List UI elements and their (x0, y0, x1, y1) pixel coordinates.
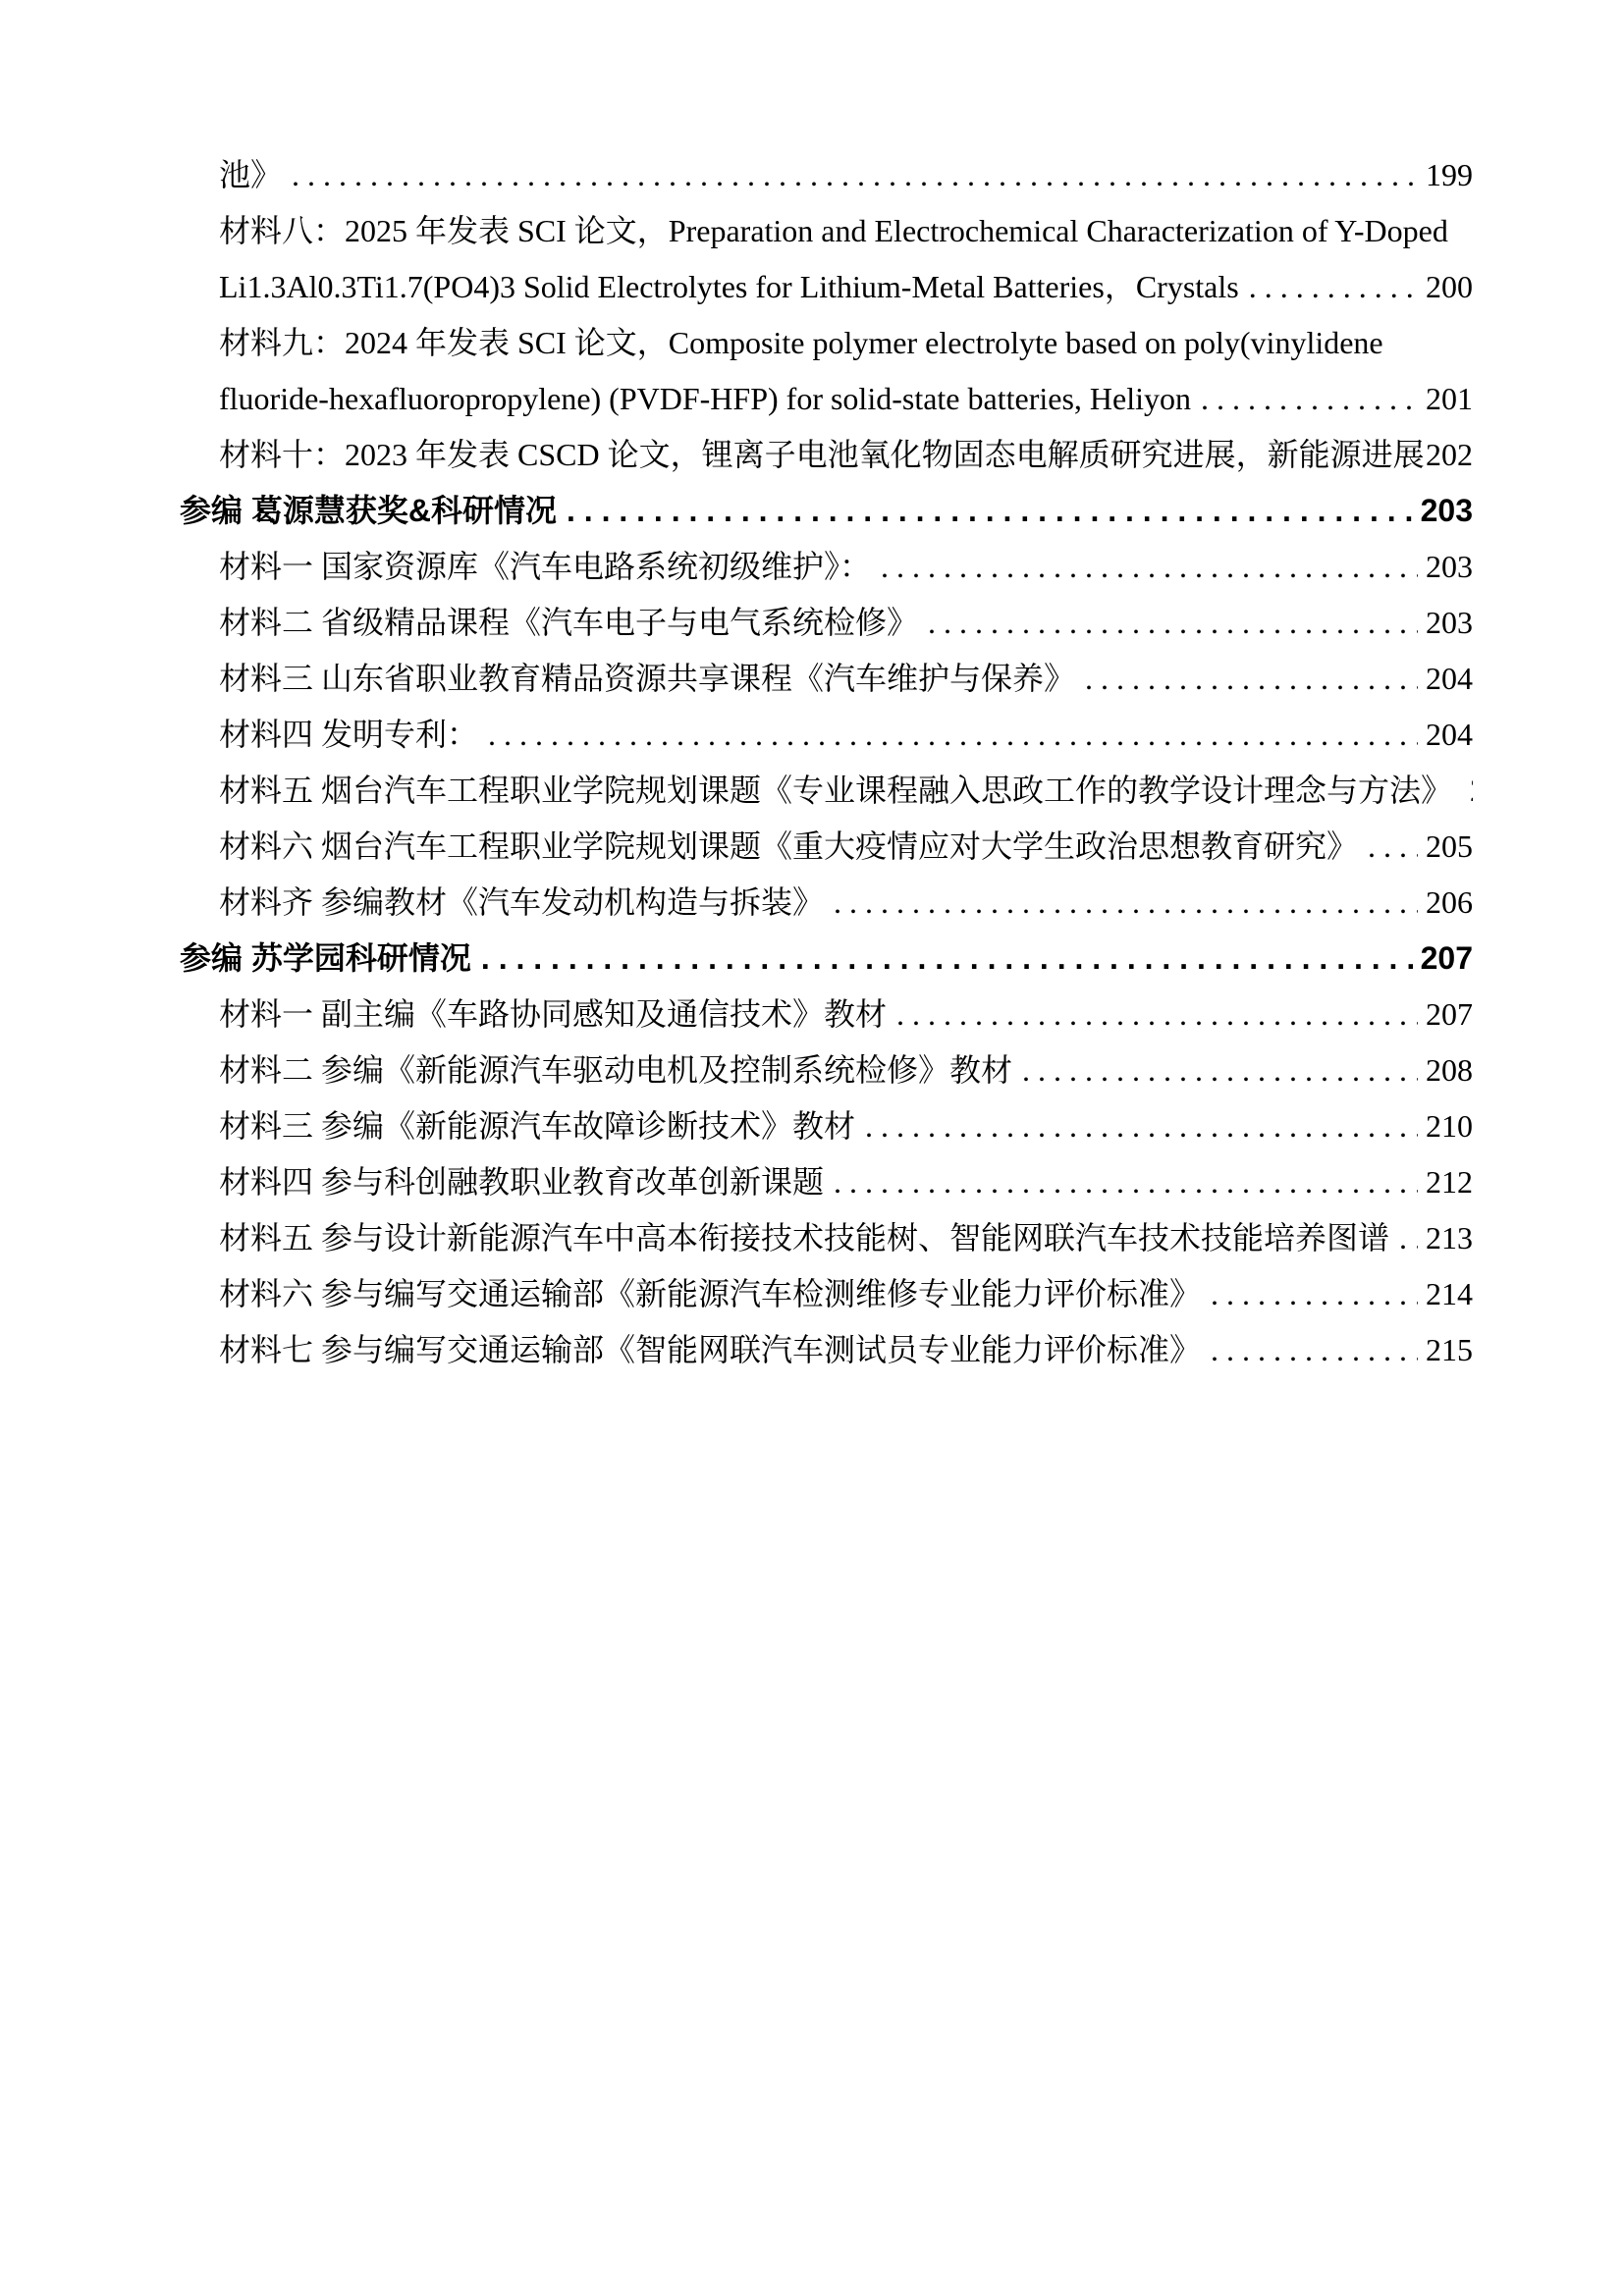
toc-dot-leader (292, 147, 1418, 203)
toc-entry-text: 材料三 山东省职业教育精品资源共享课程《汽车维护与保养》 (219, 651, 1075, 707)
toc-dot-leader (896, 987, 1418, 1042)
toc-entry: 材料十：2023 年发表 CSCD 论文，锂离子电池氧化物固态电解质研究进展，新… (180, 427, 1473, 483)
toc-dot-leader (1211, 1322, 1418, 1378)
toc-dot-leader (1211, 1266, 1418, 1322)
toc-entry-text: 材料九：2024 年发表 SCI 论文，Composite polymer el… (219, 315, 1473, 371)
toc-entry: 材料九：2024 年发表 SCI 论文，Composite polymer el… (180, 315, 1473, 371)
toc-dot-leader (834, 875, 1418, 931)
toc-entry: 材料四 发明专利： 204 (180, 707, 1473, 763)
toc-page-number: 203 (1426, 539, 1473, 595)
toc-dot-leader (1085, 651, 1418, 707)
toc-entry: 材料七 参与编写交通运输部《智能网联汽车测试员专业能力评价标准》 215 (180, 1322, 1473, 1378)
toc-page-number: 208 (1426, 1042, 1473, 1098)
toc-page-number: 207 (1421, 931, 1473, 987)
toc-entry: 材料六 烟台汽车工程职业学院规划课题《重大疫情应对大学生政治思想教育研究》 20… (180, 819, 1473, 875)
document-page: 池》 199 材料八：2025 年发表 SCI 论文，Preparation a… (0, 0, 1624, 2296)
toc-entry: 材料二 省级精品课程《汽车电子与电气系统检修》 203 (180, 595, 1473, 651)
toc-entry: 材料八：2025 年发表 SCI 论文，Preparation and Elec… (180, 203, 1473, 259)
toc-entry-text: 材料五 烟台汽车工程职业学院规划课题《专业课程融入思政工作的教学设计理念与方法》 (219, 763, 1452, 819)
toc-entry-text: 材料四 发明专利： (219, 707, 478, 763)
toc-entry: 材料五 参与设计新能源汽车中高本衔接技术技能树、智能网联汽车技术技能培养图谱 2… (180, 1210, 1473, 1266)
toc-entry: 材料五 烟台汽车工程职业学院规划课题《专业课程融入思政工作的教学设计理念与方法》… (180, 763, 1473, 819)
toc-dot-leader (1022, 1042, 1418, 1098)
toc-entry-text: 材料六 参与编写交通运输部《新能源汽车检测维修专业能力评价标准》 (219, 1266, 1201, 1322)
toc-section-heading: 参编 葛源慧获奖&科研情况 203 (180, 483, 1473, 539)
toc-entry-text: fluoride-hexafluoropropylene) (PVDF-HFP)… (219, 371, 1191, 427)
toc-entry-text: 材料一 副主编《车路协同感知及通信技术》教材 (219, 987, 887, 1042)
toc-page-number: 212 (1426, 1154, 1473, 1210)
toc-entry-text: 材料八：2025 年发表 SCI 论文，Preparation and Elec… (219, 203, 1473, 259)
toc-page-number: 215 (1426, 1322, 1473, 1378)
toc-entry: Li1.3Al0.3Ti1.7(PO4)3 Solid Electrolytes… (180, 259, 1473, 315)
toc-entry: 材料四 参与科创融教职业教育改革创新课题 212 (180, 1154, 1473, 1210)
toc-entry: fluoride-hexafluoropropylene) (PVDF-HFP)… (180, 371, 1473, 427)
toc-page-number: 200 (1426, 259, 1473, 315)
toc-entry-text: 材料一 国家资源库《汽车电路系统初级维护》： (219, 539, 871, 595)
toc-dot-leader (834, 1154, 1418, 1210)
toc-dot-leader (1399, 1210, 1418, 1266)
toc-dot-leader (488, 707, 1418, 763)
toc-entry-text: Li1.3Al0.3Ti1.7(PO4)3 Solid Electrolytes… (219, 259, 1239, 315)
toc-dot-leader (928, 595, 1418, 651)
toc-entry-text: 参编 葛源慧获奖&科研情况 (180, 483, 557, 539)
toc-page-number: 205 (1426, 819, 1473, 875)
toc-page-number: 199 (1426, 147, 1473, 203)
toc-entry: 材料三 参编《新能源汽车故障诊断技术》教材 210 (180, 1098, 1473, 1154)
toc-page-number: 201 (1426, 371, 1473, 427)
toc-entry-text: 材料十：2023 年发表 CSCD 论文，锂离子电池氧化物固态电解质研究进展，新… (219, 427, 1426, 483)
toc-entry-text: 材料五 参与设计新能源汽车中高本衔接技术技能树、智能网联汽车技术技能培养图谱 (219, 1210, 1389, 1266)
toc-dot-leader (567, 483, 1413, 539)
toc-page-number: 203 (1421, 483, 1473, 539)
toc-page-number: 205 (1470, 763, 1473, 819)
toc-page-number: 204 (1426, 651, 1473, 707)
toc-dot-leader (1368, 819, 1418, 875)
toc-page-number: 207 (1426, 987, 1473, 1042)
toc-page-number: 204 (1426, 707, 1473, 763)
toc-dot-leader (481, 931, 1413, 987)
toc-entry-text: 参编 苏学园科研情况 (180, 931, 471, 987)
toc-page-number: 214 (1426, 1266, 1473, 1322)
toc-page-number: 206 (1426, 875, 1473, 931)
toc-page-number: 213 (1426, 1210, 1473, 1266)
toc-entry: 材料一 副主编《车路协同感知及通信技术》教材 207 (180, 987, 1473, 1042)
toc-entry-text: 材料齐 参编教材《汽车发动机构造与拆装》 (219, 875, 824, 931)
toc-entry-text: 材料三 参编《新能源汽车故障诊断技术》教材 (219, 1098, 855, 1154)
toc-dot-leader (1249, 259, 1418, 315)
toc-entry-text: 材料二 参编《新能源汽车驱动电机及控制系统检修》教材 (219, 1042, 1012, 1098)
toc-dot-leader (865, 1098, 1418, 1154)
toc-page-number: 203 (1426, 595, 1473, 651)
toc-entry: 池》 199 (180, 147, 1473, 203)
table-of-contents: 池》 199 材料八：2025 年发表 SCI 论文，Preparation a… (180, 147, 1473, 1378)
toc-entry-text: 材料四 参与科创融教职业教育改革创新课题 (219, 1154, 824, 1210)
toc-entry: 材料三 山东省职业教育精品资源共享课程《汽车维护与保养》 204 (180, 651, 1473, 707)
toc-entry-text: 材料六 烟台汽车工程职业学院规划课题《重大疫情应对大学生政治思想教育研究》 (219, 819, 1358, 875)
toc-dot-leader (1201, 371, 1418, 427)
toc-page-number: 210 (1426, 1098, 1473, 1154)
toc-entry-text: 池》 (219, 147, 282, 203)
toc-entry: 材料六 参与编写交通运输部《新能源汽车检测维修专业能力评价标准》 214 (180, 1266, 1473, 1322)
toc-entry-text: 材料二 省级精品课程《汽车电子与电气系统检修》 (219, 595, 918, 651)
toc-section-heading: 参编 苏学园科研情况 207 (180, 931, 1473, 987)
toc-entry: 材料二 参编《新能源汽车驱动电机及控制系统检修》教材 208 (180, 1042, 1473, 1098)
toc-entry: 材料一 国家资源库《汽车电路系统初级维护》： 203 (180, 539, 1473, 595)
toc-entry-text: 材料七 参与编写交通运输部《智能网联汽车测试员专业能力评价标准》 (219, 1322, 1201, 1378)
toc-entry: 材料齐 参编教材《汽车发动机构造与拆装》 206 (180, 875, 1473, 931)
toc-dot-leader (881, 539, 1418, 595)
toc-page-number: 202 (1426, 427, 1473, 483)
